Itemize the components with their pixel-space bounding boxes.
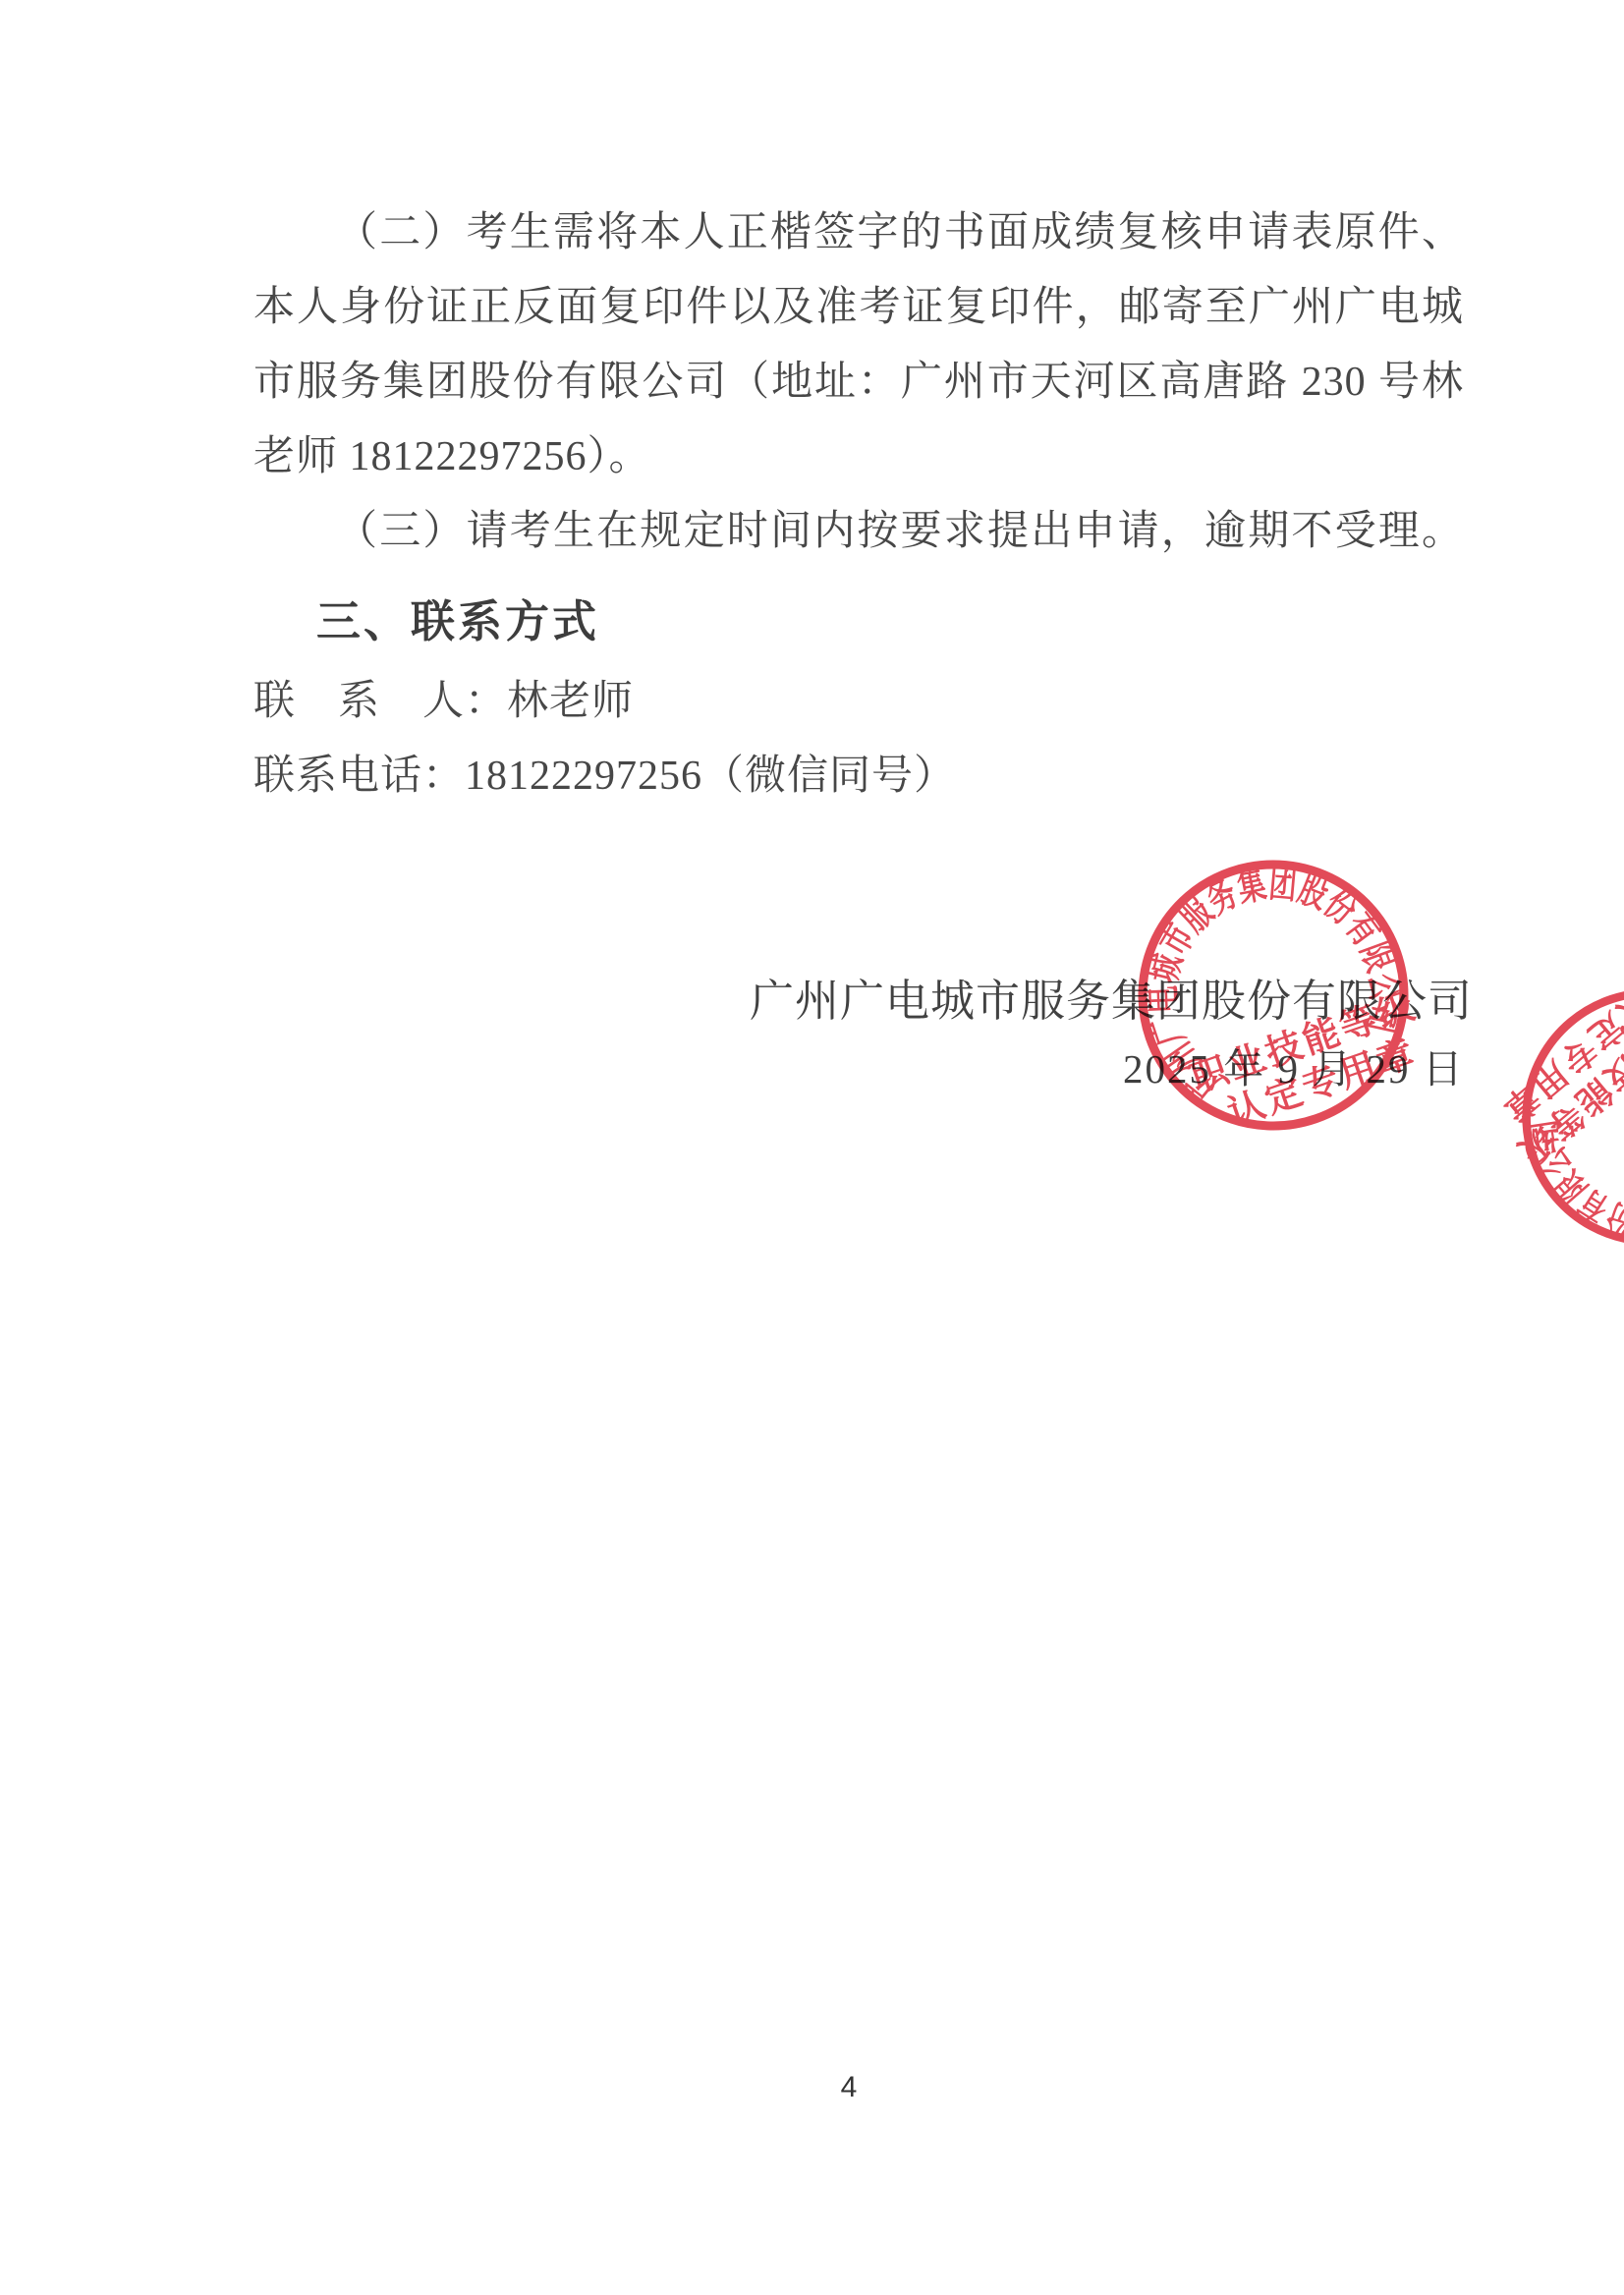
seal-ring-text: 广州广电城市服务集团股份有限公司 xyxy=(1504,977,1624,1295)
seal-center-text-2: 认定专用章 xyxy=(1493,981,1624,1132)
paragraph-2-line-4: 老师 18122297256）。 xyxy=(253,430,1464,483)
paragraph-2-line-2: 本人身份证正反面复印件以及准考证复印件，邮寄至广州广电城 xyxy=(253,281,1464,334)
paragraph-2-line-3: 市服务集团股份有限公司（地址：广州市天河区高唐路 230 号林 xyxy=(253,356,1464,409)
signature-date: 2025 年 9 月 29 日 xyxy=(1123,1036,1465,1094)
signature-company-name: 广州广电城市服务集团股份有限公司 xyxy=(750,965,1473,1029)
svg-text:广州广电城市服务集团股份有限公司: 广州广电城市服务集团股份有限公司 xyxy=(1504,977,1624,1295)
section-heading-contact: 三、联系方式 xyxy=(316,586,599,649)
contact-phone-line: 联系电话：18122297256（微信同号） xyxy=(253,743,956,802)
paragraph-2-line-1: （二）考生需将本人正楷签字的书面成绩复核申请表原件、 xyxy=(253,206,1464,259)
company-seal-partial: 广州广电城市服务集团股份有限公司 职业技能等级 认定专用章 xyxy=(1454,921,1624,1314)
page-number: 4 xyxy=(0,2071,1624,2104)
contact-person-label: 联 系 人： xyxy=(253,679,507,724)
document-page: （二）考生需将本人正楷签字的书面成绩复核申请表原件、 本人身份证正反面复印件以及… xyxy=(0,0,1624,2295)
paragraph-3-line-1: （三）请考生在规定时间内按要求提出申请，逾期不受理。 xyxy=(253,505,1464,558)
seal-center-text-1: 职业技能等级 xyxy=(1509,999,1624,1173)
contact-phone-label: 联系电话： xyxy=(253,754,465,799)
contact-phone-value: 18122297256（微信同号） xyxy=(465,754,956,799)
seal-ring xyxy=(1476,942,1624,1292)
contact-person-value: 林老师 xyxy=(507,679,634,724)
contact-person-line: 联 系 人：林老师 xyxy=(253,668,634,727)
